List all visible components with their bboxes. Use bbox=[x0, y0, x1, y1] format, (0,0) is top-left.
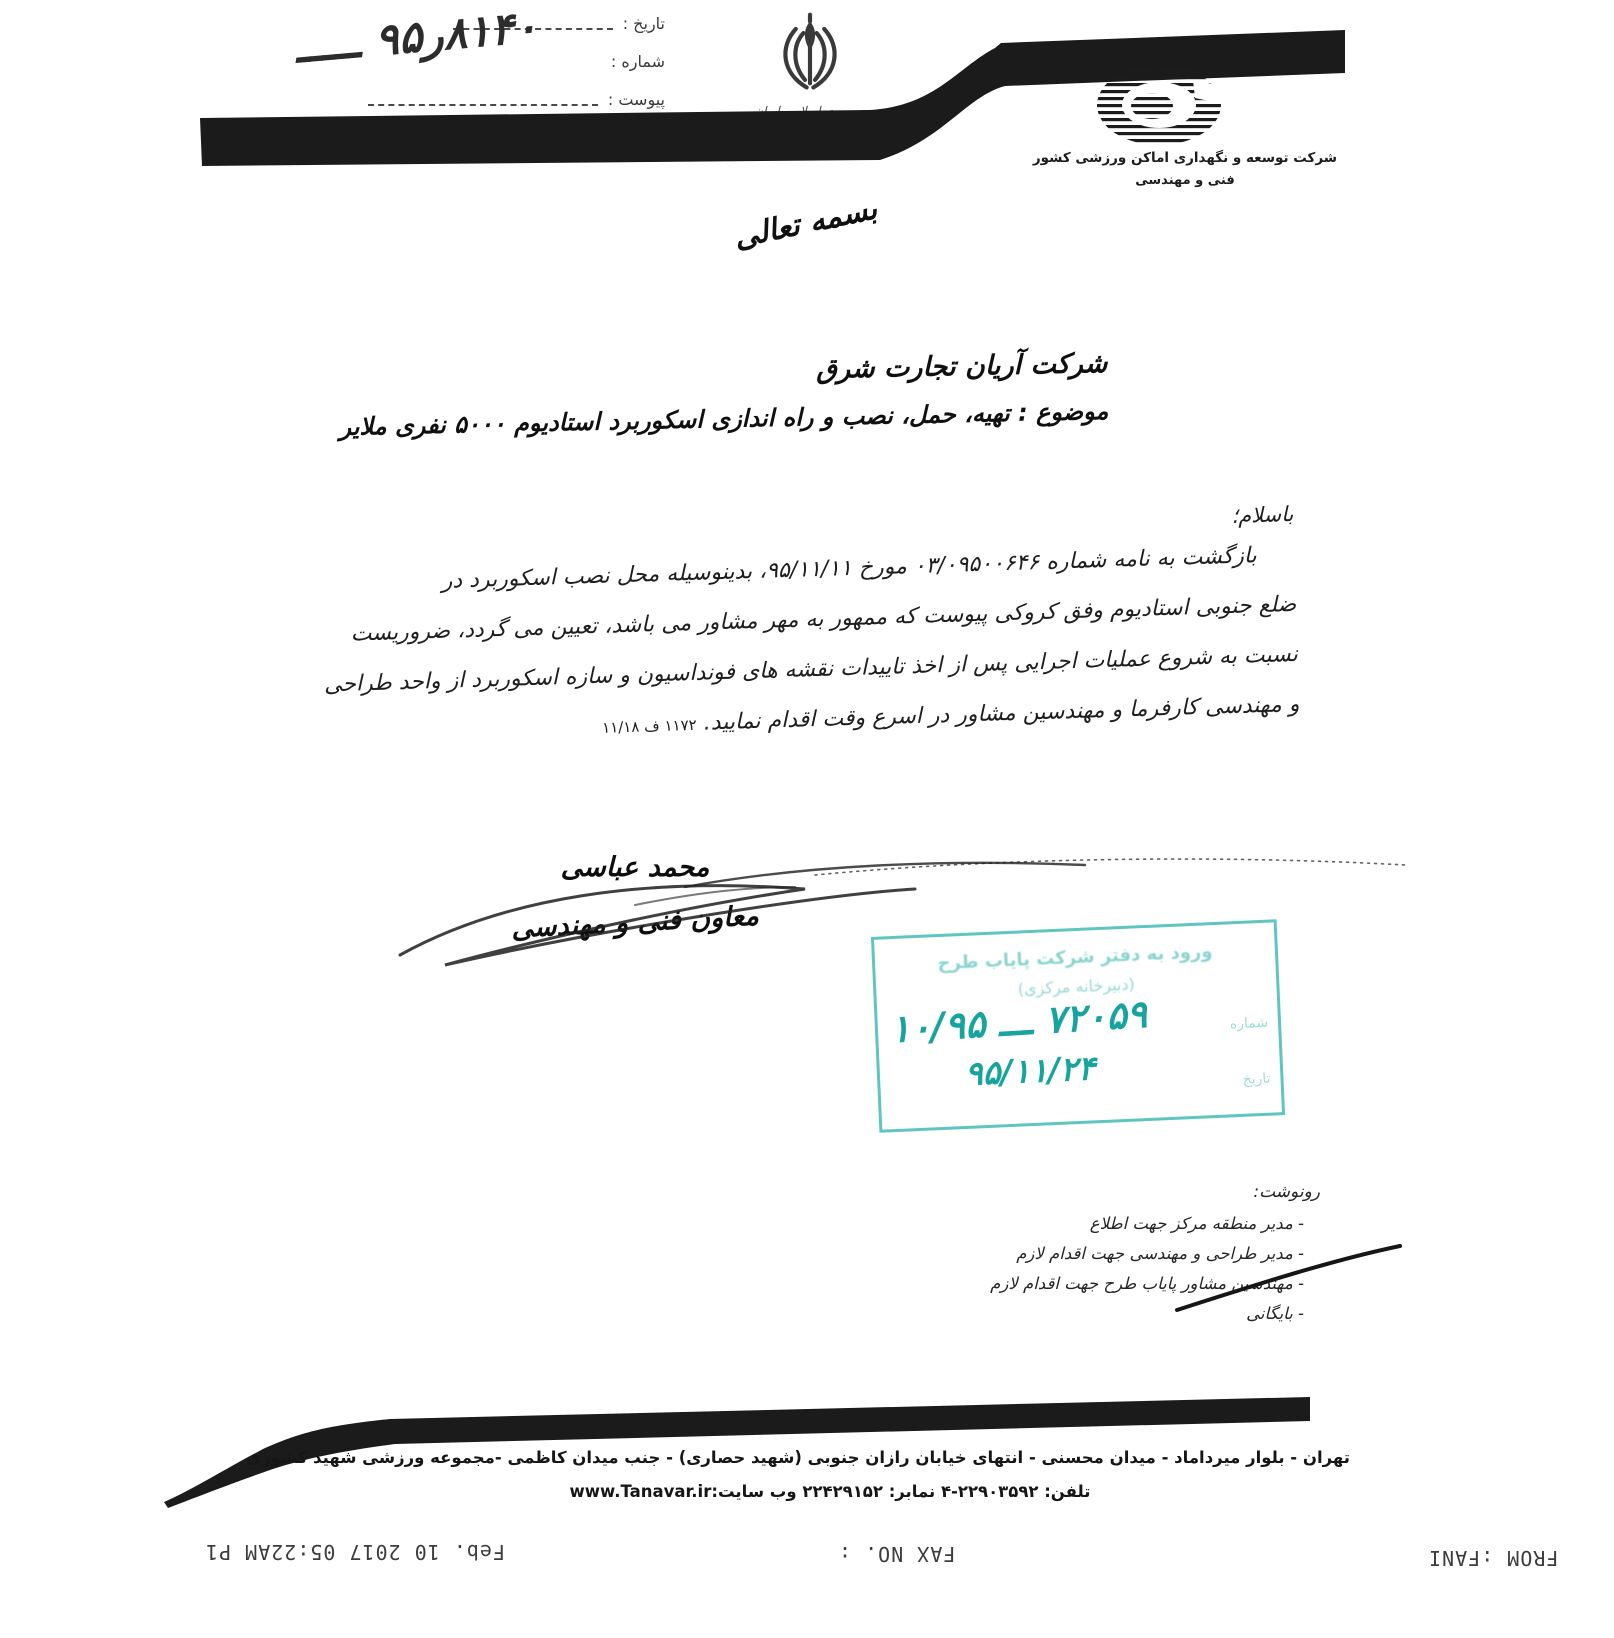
recipient-name: شرکت آریان تجارت شرق bbox=[395, 348, 1107, 394]
company-header: شرکت توسعه و نگهداری اماکن ورزشی کشور فن… bbox=[1015, 150, 1355, 188]
footer-contact: تلفن: ۲۲۹۰۳۵۹۲-۴ نمابر: ۲۲۴۲۹۱۵۲ وب سایت… bbox=[420, 1482, 1240, 1501]
letter-body: باسلام؛ بازگشت به نامه شماره ۰۳/۰۹۵۰۰۶۴۶… bbox=[285, 502, 1300, 774]
company-name: شرکت توسعه و نگهداری اماکن ورزشی کشور bbox=[1015, 150, 1355, 166]
signer-name: محمد عباسی bbox=[395, 852, 875, 883]
cc-item: مهندسین مشاور پایاب طرح جهت اقدام لازم bbox=[940, 1274, 1320, 1293]
signer-title: معاون فنی و مهندسی bbox=[395, 894, 876, 950]
stamp-date-handwritten: ۹۵/۱۱/۲۴ bbox=[964, 1048, 1096, 1093]
cc-item: بایگانی bbox=[940, 1304, 1320, 1323]
signature-block: محمد عباسی معاون فنی و مهندسی bbox=[395, 852, 875, 938]
cc-item: مدیر طراحی و مهندسی جهت اقدام لازم bbox=[940, 1244, 1320, 1263]
cc-list: رونوشت: مدیر منطقه مرکز جهت اطلاع مدیر ط… bbox=[940, 1182, 1320, 1334]
fax-from: FROM :FANI bbox=[1428, 1546, 1558, 1570]
cc-label: رونوشت: bbox=[940, 1182, 1320, 1202]
fax-number-label: FAX NO. : bbox=[838, 1542, 955, 1566]
body-line-text: و مهندسی کارفرما و مهندسین مشاور در اسرع… bbox=[703, 692, 1300, 736]
cc-item: مدیر منطقه مرکز جهت اطلاع bbox=[940, 1214, 1320, 1233]
body-line: نسبت به شروع عملیات اجرایی پس از اخذ تای… bbox=[290, 642, 1298, 699]
footer-address: تهران - بلوار میرداماد - میدان محسنی - ا… bbox=[310, 1448, 1350, 1467]
subject-line: موضوع : تهیه، حمل، نصب و راه اندازی اسکو… bbox=[396, 397, 1108, 440]
typist-reference: ۱۱۷۲ ف ۱۱/۱۸ bbox=[602, 716, 697, 737]
stamp-number-label: شماره bbox=[1230, 1015, 1269, 1033]
stamp-date-label: تاریخ bbox=[1242, 1071, 1271, 1088]
company-division: فنی و مهندسی bbox=[1015, 173, 1355, 188]
body-line: ضلع جنوبی استادیوم وفق کروکی پیوست که مم… bbox=[288, 592, 1296, 649]
tanavar-company-logo bbox=[1093, 62, 1233, 148]
fax-timestamp: Feb. 10 2017 05:22AM P1 bbox=[205, 1540, 505, 1564]
entry-stamp: ورود به دفتر شرکت پایاب طرح (دبیرخانه مر… bbox=[871, 919, 1285, 1133]
recipient-subject-block: شرکت آریان تجارت شرق موضوع : تهیه، حمل، … bbox=[395, 348, 1108, 440]
scanned-letter-page: تاریخ : شماره : پیوست : ۸۱۴۰ر۹۵ ـــــ جم… bbox=[0, 0, 1614, 1638]
body-line: و مهندسی کارفرما و مهندسین مشاور در اسرع… bbox=[291, 692, 1299, 749]
besmeleh-calligraphy: بسمه تعالی bbox=[731, 191, 880, 255]
